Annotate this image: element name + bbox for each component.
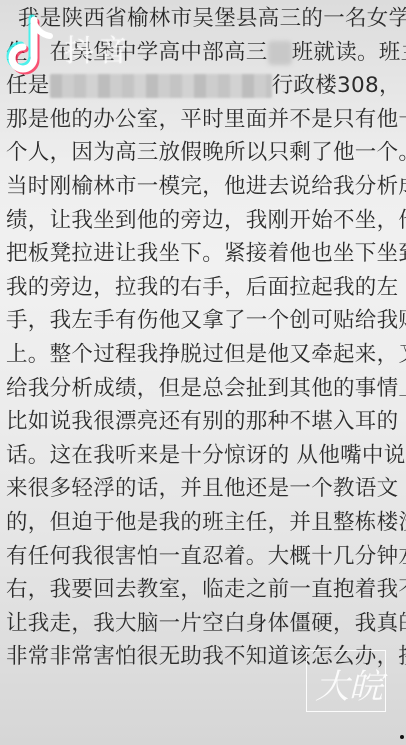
text-line-9: 我的旁边，拉我的右手，后面拉起我的左 — [6, 271, 406, 305]
redaction-blur — [268, 41, 292, 65]
text-segment: 右，我要回去教室，临走之前一直抱着我不 — [6, 577, 406, 602]
text-segment: 个人，因为高三放假晚所以只剩了他一个。 — [6, 140, 406, 165]
corner-watermark: 大皖 — [306, 650, 386, 712]
text-segment: 让我走，我大脑一片空白身体僵硬，我真的 — [6, 611, 406, 636]
text-segment: 当时刚榆林市一模完，他进去说给我分析成 — [6, 174, 406, 199]
text-line-3: 任是行政楼308， — [6, 69, 406, 103]
article-text: 我是陕西省榆林市吴堡县高三的一名女学 生，在吴堡中学高中部高三班就读。班主 任是… — [6, 2, 406, 674]
text-line-14: 话。这在我听来是十分惊讶的 从他嘴中说出 — [6, 439, 406, 473]
text-segment: 来很多轻浮的话，并且他还是一个教语文 — [6, 476, 398, 501]
corner-watermark-text: 大皖 — [315, 659, 383, 708]
edge-dot — [400, 735, 404, 739]
text-segment: 我的旁边，拉我的右手，后面拉起我的左 — [6, 275, 398, 300]
text-segment: 有任何我很害怕一直忍着。大概十几分钟左 — [6, 544, 406, 569]
text-segment: 话。这在我听来是十分惊讶的 从他嘴中说出 — [6, 443, 406, 468]
text-line-18: 右，我要回去教室，临走之前一直抱着我不 — [6, 573, 406, 607]
text-line-19: 让我走，我大脑一片空白身体僵硬，我真的 — [6, 607, 406, 641]
text-segment: 比如说我很漂亮还有别的那种不堪入耳的 — [6, 409, 398, 434]
text-segment: 上。整个过程我挣脱过但是他又牵起来，又 — [6, 342, 406, 367]
text-line-4: 那是他的办公室，平时里面并不是只有他一 — [6, 103, 406, 137]
text-line-15: 来很多轻浮的话，并且他还是一个教语文 — [6, 472, 406, 506]
text-segment: 手，我左手有伤他又拿了一个创可贴给我贴 — [6, 308, 406, 333]
text-line-16: 的，但迫于他是我的班主任，并且整栋楼没 — [6, 506, 406, 540]
text-line-8: 把板凳拉进让我坐下。紧接着他也坐下坐到 — [6, 237, 406, 271]
text-line-13: 比如说我很漂亮还有别的那种不堪入耳的 — [6, 405, 406, 439]
text-segment: 绩，让我坐到他的旁边，我刚开始不坐，他 — [6, 208, 406, 233]
tiktok-note-icon — [4, 14, 56, 78]
text-line-17: 有任何我很害怕一直忍着。大概十几分钟左 — [6, 540, 406, 574]
text-segment: 给我分析成绩，但是总会扯到其他的事情上 — [6, 376, 406, 401]
text-segment: 那是他的办公室，平时里面并不是只有他一 — [6, 107, 406, 132]
text-segment: 班就读。班主 — [292, 40, 406, 65]
text-line-6: 当时刚榆林市一模完，他进去说给我分析成 — [6, 170, 406, 204]
text-segment: 把板凳拉进让我坐下。紧接着他也坐下坐到 — [6, 241, 406, 266]
redaction-mosaic — [50, 74, 272, 98]
tiktok-watermark-text: 抖音 — [64, 26, 132, 70]
text-segment: 的，但迫于他是我的班主任，并且整栋楼没 — [6, 510, 406, 535]
text-line-5: 个人，因为高三放假晚所以只剩了他一个。 — [6, 136, 406, 170]
text-line-10: 手，我左手有伤他又拿了一个创可贴给我贴 — [6, 304, 406, 338]
text-line-7: 绩，让我坐到他的旁边，我刚开始不坐，他 — [6, 204, 406, 238]
text-segment: 行政楼308， — [272, 73, 401, 98]
text-line-12: 给我分析成绩，但是总会扯到其他的事情上 — [6, 372, 406, 406]
text-line-11: 上。整个过程我挣脱过但是他又牵起来，又 — [6, 338, 406, 372]
